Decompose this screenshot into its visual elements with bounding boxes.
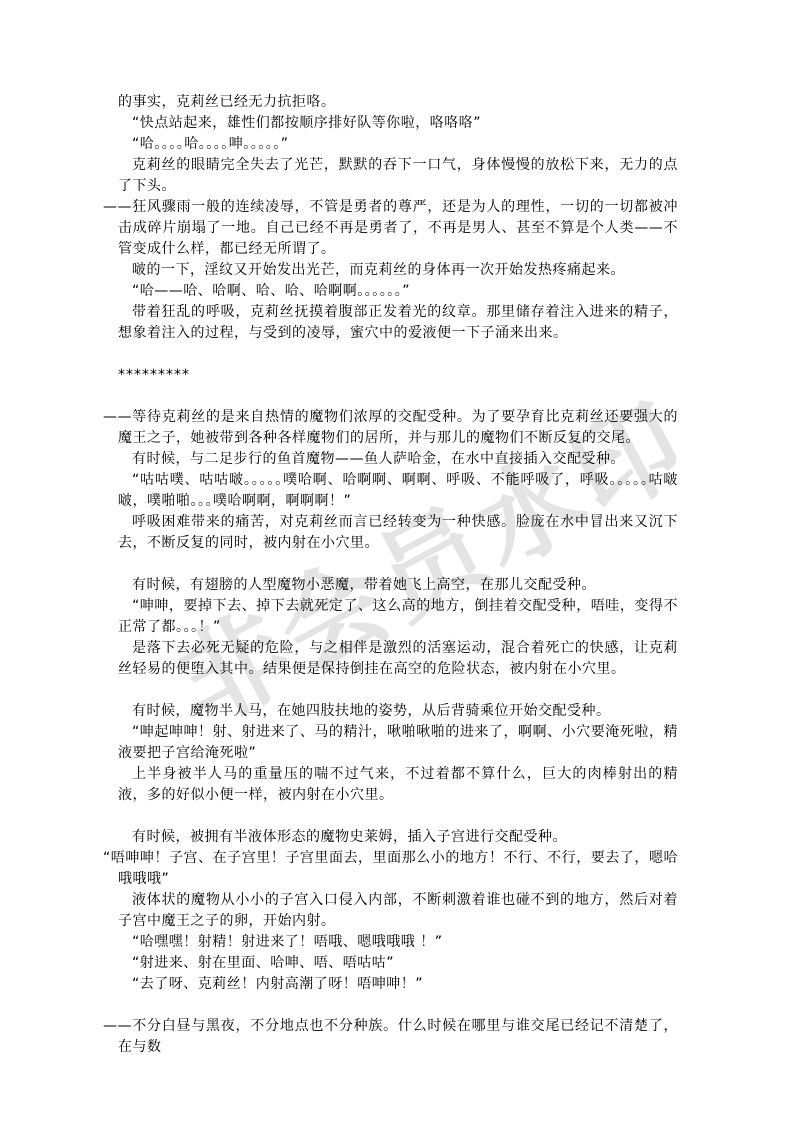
paragraph: “呻起呻呻！射、射进来了、马的精汁，啾啪啾啪的进来了，啊啊、小穴要淹死啦，精液要… (118, 722, 678, 764)
paragraph: “快点站起来，雄性们都按顺序排好队等你啦，咯咯咯” (118, 113, 678, 134)
paragraph: “呻呻，要掉下去、掉下去就死定了、这么高的地方，倒挂着交配受种，唔哇，变得不正常… (118, 596, 678, 638)
paragraph: 的事实，克莉丝已经无力抗拒咯。 (118, 92, 678, 113)
paragraph: 有时候，有翅膀的人型魔物小恶魔，带着她飞上高空，在那儿交配受种。 (118, 575, 678, 596)
document-body: 的事实，克莉丝已经无力抗拒咯。“快点站起来，雄性们都按顺序排好队等你啦，咯咯咯”… (118, 92, 678, 1058)
paragraph: ——等待克莉丝的是来自热情的魔物们浓厚的交配受种。为了要孕育比克莉丝还要强大的魔… (118, 407, 678, 449)
paragraph: 液体状的魔物从小小的子宫入口侵入内部，不断刺激着谁也碰不到的地方，然后对着子宫中… (118, 890, 678, 932)
paragraph: 有时候，与二足步行的鱼首魔物——鱼人萨哈金，在水中直接插入交配受种。 (118, 449, 678, 470)
paragraph: 上半身被半人马的重量压的喘不过气来，不过着都不算什么，巨大的肉棒射出的精液，多的… (118, 764, 678, 806)
paragraph: 有时候，被拥有半液体形态的魔物史莱姆，插入子宫进行交配受种。 (118, 827, 678, 848)
paragraph: 克莉丝的眼睛完全失去了光芒，默默的吞下一口气，身体慢慢的放松下来，无力的点了下头… (118, 155, 678, 197)
paragraph: ——不分白昼与黑夜，不分地点也不分种族。什么时候在哪里与谁交尾已经记不清楚了，在… (118, 1016, 678, 1058)
paragraph: 啵的一下，淫纹又开始发出光芒，而克莉丝的身体再一次开始发热疼痛起来。 (118, 260, 678, 281)
paragraph: 有时候，魔物半人马，在她四肢扶地的姿势，从后背骑乘位开始交配受种。 (118, 701, 678, 722)
paragraph: 呼吸困难带来的痛苦，对克莉丝而言已经转变为一种快感。脸庞在水中冒出来又沉下去，不… (118, 512, 678, 554)
paragraph: 带着狂乱的呼吸，克莉丝抚摸着腹部正发着光的纹章。那里储存着注入进来的精子，想象着… (118, 302, 678, 344)
document-page: 非会员水印 的事实，克莉丝已经无力抗拒咯。“快点站起来，雄性们都按顺序排好队等你… (0, 0, 793, 1122)
section-divider: ********* (118, 365, 678, 386)
paragraph: 是落下去必死无疑的危险，与之相伴是激烈的活塞运动，混合着死亡的快感，让克莉丝轻易… (118, 638, 678, 680)
paragraph: “哈——哈、哈啊、哈、哈、哈啊啊｡｡｡｡｡｡” (118, 281, 678, 302)
paragraph: “哈嘿嘿！射精！射进来了！唔哦、嗯哦哦哦 ！” (118, 932, 678, 953)
paragraph: “哈｡｡｡｡哈｡｡｡｡呻｡｡｡｡｡” (118, 134, 678, 155)
paragraph: “咕咕噗、咕咕啵｡｡｡｡｡噗哈啊、哈啊啊、啊啊、呼吸、不能呼吸了，呼吸｡｡｡｡｡… (118, 470, 678, 512)
paragraph: “去了呀、克莉丝！内射高潮了呀！唔呻呻！” (118, 974, 678, 995)
paragraph: “唔呻呻！子宫、在子宫里！子宫里面去，里面那么小的地方！不行、不行，要去了，嗯哈… (118, 848, 678, 890)
paragraph: ——狂风骤雨一般的连续凌辱，不管是勇者的尊严，还是为人的理性，一切的一切都被冲击… (118, 197, 678, 260)
paragraph: “射进来、射在里面、哈呻、唔、唔咕咕” (118, 953, 678, 974)
